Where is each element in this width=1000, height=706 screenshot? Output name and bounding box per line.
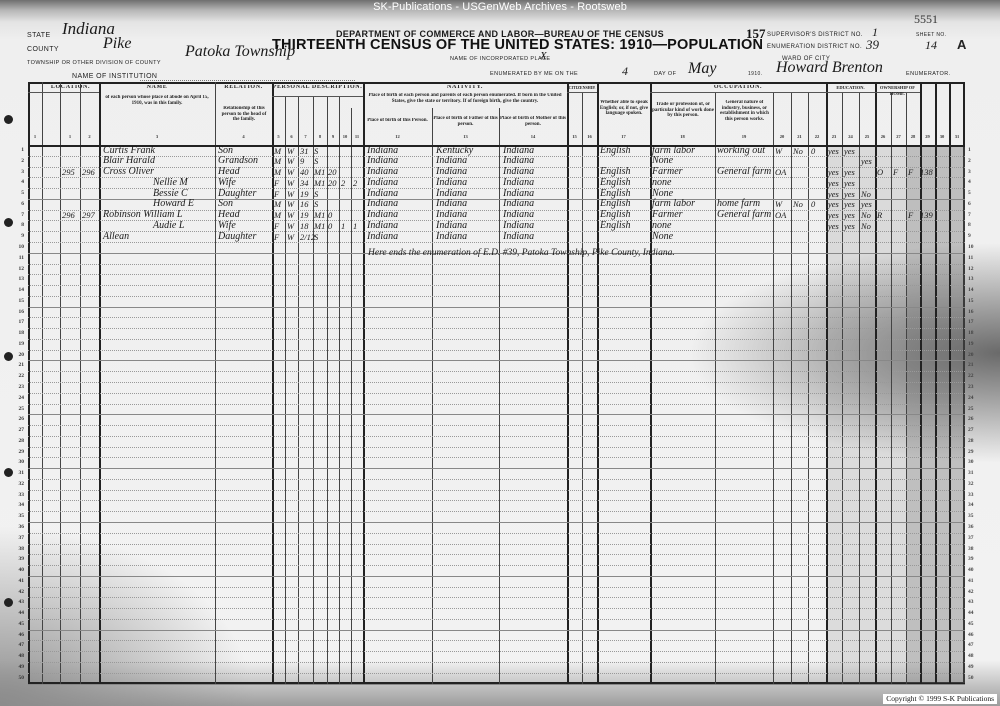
line-number-right: 40: [968, 567, 982, 573]
col-divider: [773, 92, 774, 684]
cell-relation: Head: [218, 210, 240, 220]
line-number-right: 12: [968, 266, 982, 272]
cell-language: English: [600, 146, 631, 156]
cell-industry: working out: [717, 146, 765, 156]
line-number: 49: [10, 664, 24, 670]
line-number: 25: [10, 406, 24, 412]
row-rule: [28, 350, 965, 351]
relation-description: Relationship of this person to the head …: [218, 106, 270, 123]
binder-hole: [4, 115, 13, 124]
row-rule: [28, 264, 965, 265]
line-number-right: 25: [968, 406, 982, 412]
cell-living: 2: [353, 178, 357, 188]
col-num: 10: [339, 134, 351, 139]
line-number-right: 43: [968, 599, 982, 605]
col-divider: [808, 92, 809, 684]
line-number: 16: [10, 309, 24, 315]
cell-relation: Daughter: [218, 232, 256, 242]
cell-relation: Grandson: [218, 156, 258, 166]
line-number: 40: [10, 567, 24, 573]
cell-birth-father: Indiana: [436, 210, 467, 220]
stamp-number: 5551: [914, 12, 938, 27]
col-divider: [859, 92, 860, 684]
line-number-right: 7: [968, 212, 982, 218]
line-number-right: 1: [968, 147, 982, 153]
nativity-person-heading: Place of birth of this Person.: [364, 118, 431, 124]
nativity-mother-heading: Place of birth of Mother of this person.: [500, 116, 566, 127]
col-num: 17: [597, 134, 650, 139]
cell-sex: F: [274, 232, 279, 242]
col-num: 8: [313, 134, 327, 139]
line-number: 44: [10, 610, 24, 616]
col-num: 28: [906, 134, 920, 139]
line-number-right: 16: [968, 309, 982, 315]
enumeration-value: 39: [866, 37, 879, 53]
row-rule: [28, 457, 965, 458]
cell-marital: S: [314, 146, 318, 156]
cell-trade: farm labor: [652, 146, 695, 156]
row-rule: [28, 231, 965, 232]
col-divider: [949, 82, 951, 684]
line-number: 48: [10, 653, 24, 659]
binder-hole: [4, 352, 13, 361]
cell-industry: home farm: [717, 199, 760, 209]
cell-trade: Farmer: [652, 210, 683, 220]
enumeration-label: ENUMERATION DISTRICT NO.: [767, 44, 862, 50]
row-rule: [28, 673, 965, 674]
cell-relation: Wife: [218, 178, 236, 188]
col-num: 1: [28, 134, 42, 139]
col-num: 7: [298, 134, 313, 139]
supervisor-label: SUPERVISOR'S DISTRICT NO.: [767, 32, 863, 38]
line-number-right: 3: [968, 169, 982, 175]
cell-years-married: 20: [328, 167, 337, 177]
row-rule: [28, 500, 965, 501]
cell-relation: Wife: [218, 221, 236, 231]
line-number: 19: [10, 341, 24, 347]
cell-birth-self: Indiana: [367, 210, 398, 220]
row-rule: [28, 382, 965, 383]
cell-race: W: [287, 167, 294, 177]
row-rule: [28, 393, 965, 394]
line-number-right: 18: [968, 330, 982, 336]
cell-marital: M1: [314, 167, 325, 177]
cell-weeks: 0: [811, 146, 815, 156]
line-number: 30: [10, 459, 24, 465]
nativity-heading: NATIVITY.: [363, 85, 567, 91]
header-rule: [272, 96, 363, 97]
col-divider: [215, 82, 216, 684]
cell-age: 31: [300, 146, 309, 156]
nativity-description: Place of birth of each person and parent…: [366, 93, 564, 104]
cell-sex: M: [274, 210, 281, 220]
col-num: 16: [582, 134, 597, 139]
cell-trade: Farmer: [652, 167, 683, 177]
cell-farm: F: [908, 210, 913, 220]
row-rule: [28, 274, 965, 275]
cell-birth-father: Kentucky: [436, 146, 473, 156]
col-num: 31: [949, 134, 965, 139]
line-number: 29: [10, 449, 24, 455]
line-number-right: 44: [968, 610, 982, 616]
enumerator-label: ENUMERATOR.: [906, 71, 951, 77]
row-rule: [28, 619, 965, 620]
cell-read: yes: [828, 210, 839, 220]
cell-language: English: [600, 199, 631, 209]
cell-name: Curtis Frank: [103, 146, 155, 156]
cell-sex: M: [274, 199, 281, 209]
cell-birth-self: Indiana: [367, 146, 398, 156]
cell-age: 40: [300, 167, 309, 177]
cell-employer: W: [775, 146, 782, 156]
language-heading: Whether able to speak English; or, if no…: [599, 100, 649, 117]
col-num: 5: [272, 134, 285, 139]
col-num: 24: [842, 134, 859, 139]
line-number: 9: [10, 233, 24, 239]
col-divider: [363, 82, 365, 684]
col-divider: [298, 96, 299, 684]
state-label: STATE: [27, 32, 51, 39]
cell-living: 1: [353, 221, 357, 231]
row-rule: [28, 587, 965, 588]
line-number-right: 15: [968, 298, 982, 304]
cell-relation: Daughter: [218, 189, 256, 199]
line-number-right: 41: [968, 578, 982, 584]
line-number: 28: [10, 438, 24, 444]
line-number-right: 9: [968, 233, 982, 239]
cell-free: F: [893, 167, 898, 177]
cell-industry: General farm: [717, 167, 771, 177]
row-rule: [28, 479, 965, 480]
cell-birth-father: Indiana: [436, 221, 467, 231]
cell-unemployed: No: [793, 146, 803, 156]
line-number: 26: [10, 416, 24, 422]
row-rule: [28, 522, 965, 523]
line-number: 24: [10, 395, 24, 401]
cell-school: No: [861, 221, 871, 231]
occupation-heading: OCCUPATION.: [650, 85, 826, 91]
col-num: 11: [351, 134, 363, 139]
cell-marital: M1: [314, 178, 325, 188]
cell-read: yes: [828, 167, 839, 177]
col-num: 20: [773, 134, 791, 139]
cell-birth-mother: Indiana: [503, 156, 534, 166]
cell-born: 1: [341, 221, 345, 231]
cell-age: 19: [300, 210, 309, 220]
row-rule: [28, 404, 965, 405]
cell-name: Howard E: [153, 199, 194, 209]
day-value: 4: [622, 64, 628, 79]
cell-marital: S: [314, 189, 318, 199]
col-num: 3: [99, 134, 215, 139]
line-number: 33: [10, 492, 24, 498]
row-rule: [28, 684, 965, 685]
line-number-right: 30: [968, 459, 982, 465]
col-divider: [935, 82, 937, 684]
cell-marital: M1: [314, 210, 325, 220]
row-rule: [28, 339, 965, 340]
line-number-right: 8: [968, 222, 982, 228]
cell-unemployed: No: [793, 199, 803, 209]
col-divider: [99, 82, 101, 684]
col-num: 12: [363, 134, 432, 139]
line-number-right: 34: [968, 502, 982, 508]
line-number-right: 28: [968, 438, 982, 444]
census-grid: [28, 82, 965, 684]
cell-race: W: [287, 178, 294, 188]
cell-birth-father: Indiana: [436, 199, 467, 209]
col-num: 9: [327, 134, 339, 139]
col-divider: [791, 92, 792, 684]
cell-family: 296: [82, 167, 95, 177]
cell-trade: None: [652, 189, 673, 199]
col-divider: [715, 92, 716, 684]
cell-birth-mother: Indiana: [503, 232, 534, 242]
cell-birth-mother: Indiana: [503, 146, 534, 156]
cell-years-married: 0: [328, 221, 332, 231]
row-rule: [28, 371, 965, 372]
cell-owned: O: [877, 167, 883, 177]
cell-employer: OA: [775, 210, 786, 220]
line-number: 12: [10, 266, 24, 272]
line-number: 17: [10, 319, 24, 325]
cell-read: yes: [828, 189, 839, 199]
cell-name: Cross Oliver: [103, 167, 154, 177]
row-rule: [28, 156, 965, 157]
line-number-right: 39: [968, 556, 982, 562]
cell-relation: Head: [218, 167, 240, 177]
cell-sex: M: [274, 146, 281, 156]
line-number: 45: [10, 621, 24, 627]
line-number: 42: [10, 589, 24, 595]
cell-write: yes: [844, 167, 855, 177]
cell-marital: S: [314, 199, 318, 209]
cell-write: yes: [844, 189, 855, 199]
row-rule: [28, 242, 965, 243]
trade-heading: Trade or profession of, or particular ki…: [652, 102, 714, 119]
cell-name: Audie L: [153, 221, 184, 231]
cell-school: yes: [861, 199, 872, 209]
line-number-right: 49: [968, 664, 982, 670]
cell-birth-self: Indiana: [367, 167, 398, 177]
line-number-right: 38: [968, 546, 982, 552]
cell-years-married: 0: [328, 210, 332, 220]
cell-family: 297: [82, 210, 95, 220]
cell-write: yes: [844, 146, 855, 156]
row-rule: [28, 554, 965, 555]
col-num: 27: [891, 134, 906, 139]
cell-trade: None: [652, 232, 673, 242]
cell-name: Nellie M: [153, 178, 188, 188]
ward-label: WARD OF CITY: [782, 56, 830, 62]
cell-race: W: [287, 146, 294, 156]
line-number: 50: [10, 675, 24, 681]
line-number-right: 32: [968, 481, 982, 487]
col-num: 1: [60, 134, 80, 139]
cell-employer: OA: [775, 167, 786, 177]
row-rule: [28, 317, 965, 318]
year-label: 1910.: [748, 71, 763, 77]
cell-school: yes: [861, 156, 872, 166]
binder-hole: [4, 598, 13, 607]
cell-birth-self: Indiana: [367, 221, 398, 231]
line-number-right: 50: [968, 675, 982, 681]
census-title: THIRTEENTH CENSUS OF THE UNITED STATES: …: [272, 37, 763, 53]
line-number-right: 45: [968, 621, 982, 627]
line-number-right: 23: [968, 384, 982, 390]
col-num: 19: [715, 134, 773, 139]
line-number: 14: [10, 287, 24, 293]
line-number: 47: [10, 642, 24, 648]
row-rule: [28, 597, 965, 598]
line-number-right: 13: [968, 276, 982, 282]
row-rule: [28, 640, 965, 641]
incorporated-place-label: NAME OF INCORPORATED PLACE: [450, 56, 550, 62]
cell-schedule: 138: [920, 167, 933, 177]
line-number-right: 35: [968, 513, 982, 519]
cell-race: W: [287, 232, 294, 242]
cell-age: 18: [300, 221, 309, 231]
col-divider: [891, 92, 892, 684]
cell-birth-mother: Indiana: [503, 167, 534, 177]
cell-name: Robinson William L: [103, 210, 182, 220]
cell-marital: S: [314, 156, 318, 166]
cell-birth-mother: Indiana: [503, 189, 534, 199]
county-value: Pike: [103, 35, 131, 53]
ownership-heading: OWNERSHIP OF HOME.: [875, 85, 920, 96]
line-number-right: 10: [968, 244, 982, 250]
col-num: 18: [650, 134, 715, 139]
cell-name: Allean: [103, 232, 129, 242]
row-rule: [28, 576, 965, 577]
month-value: May: [688, 60, 716, 78]
row-rule: [28, 490, 965, 491]
enumerated-label: ENUMERATED BY ME ON THE: [490, 71, 578, 77]
township-label: TOWNSHIP OR OTHER DIVISION OF COUNTY: [27, 60, 161, 66]
line-number: 22: [10, 373, 24, 379]
line-number-right: 6: [968, 201, 982, 207]
col-num: 22: [808, 134, 826, 139]
personal-heading: PERSONAL DESCRIPTION.: [272, 85, 363, 91]
cell-age: 9: [300, 156, 304, 166]
col-num: 2: [80, 134, 99, 139]
cell-write: yes: [844, 199, 855, 209]
cell-schedule: 139: [920, 210, 933, 220]
cell-age: 2/12: [300, 232, 315, 242]
row-rule: [28, 436, 965, 437]
line-number: 18: [10, 330, 24, 336]
cell-birth-mother: Indiana: [503, 178, 534, 188]
cell-name: Bessie C: [153, 189, 188, 199]
line-number: 46: [10, 632, 24, 638]
cell-owned: R: [877, 210, 882, 220]
location-heading: LOCATION.: [42, 85, 99, 91]
row-rule: [28, 630, 965, 631]
line-number-right: 26: [968, 416, 982, 422]
nativity-father-heading: Place of birth of Father of this person.: [433, 116, 498, 127]
line-number: 37: [10, 535, 24, 541]
line-number: 38: [10, 546, 24, 552]
col-num: 23: [826, 134, 842, 139]
cell-age: 19: [300, 189, 309, 199]
cell-language: English: [600, 189, 631, 199]
cell-read: yes: [828, 221, 839, 231]
cell-age: 34: [300, 178, 309, 188]
col-divider: [339, 96, 340, 684]
col-divider: [285, 96, 286, 684]
citizenship-heading: CITIZENSHIP.: [567, 85, 597, 91]
line-number-right: 19: [968, 341, 982, 347]
cell-birth-father: Indiana: [436, 167, 467, 177]
line-number-right: 24: [968, 395, 982, 401]
cell-school: No: [861, 189, 871, 199]
header-bottom-rule: [28, 145, 965, 147]
line-number: 27: [10, 427, 24, 433]
cell-sex: M: [274, 167, 281, 177]
col-divider: [567, 82, 569, 684]
cell-years-married: 20: [328, 178, 337, 188]
name-description: of each person whose place of abode on A…: [103, 95, 211, 106]
sheet-value: 14: [925, 38, 937, 53]
col-num: 15: [567, 134, 582, 139]
header-rule: [650, 92, 826, 93]
row-rule: [28, 651, 965, 652]
line-number-right: 36: [968, 524, 982, 530]
cell-birth-father: Indiana: [436, 232, 467, 242]
line-number: 1: [10, 147, 24, 153]
cell-birth-mother: Indiana: [503, 199, 534, 209]
line-number: 10: [10, 244, 24, 250]
cell-birth-mother: Indiana: [503, 210, 534, 220]
cell-birth-self: Indiana: [367, 199, 398, 209]
row-rule: [28, 360, 965, 361]
row-rule: [28, 425, 965, 426]
institution-label: NAME OF INSTITUTION: [72, 73, 157, 80]
line-number-right: 5: [968, 190, 982, 196]
cell-born: 2: [341, 178, 345, 188]
col-divider: [60, 82, 61, 684]
binder-hole: [4, 218, 13, 227]
line-number-right: 33: [968, 492, 982, 498]
col-divider: [906, 92, 907, 684]
line-number: 32: [10, 481, 24, 487]
cell-weeks: 0: [811, 199, 815, 209]
cell-industry: General farm: [717, 210, 771, 220]
line-number: 36: [10, 524, 24, 530]
col-num: 4: [215, 134, 272, 139]
line-number-right: 27: [968, 427, 982, 433]
sheet-side: A: [957, 37, 966, 52]
census-page: SK-Publications - USGenWeb Archives - Ro…: [0, 0, 1000, 706]
col-num: 13: [432, 134, 499, 139]
cell-birth-self: Indiana: [367, 178, 398, 188]
cell-race: W: [287, 189, 294, 199]
line-number: 34: [10, 502, 24, 508]
cell-write: yes: [844, 210, 855, 220]
cell-read: yes: [828, 178, 839, 188]
col-divider: [42, 82, 43, 684]
cell-marital: S: [314, 232, 318, 242]
line-number: 7: [10, 212, 24, 218]
line-number: 15: [10, 298, 24, 304]
col-divider: [582, 92, 583, 684]
row-rule: [28, 285, 965, 286]
cell-birth-self: Indiana: [367, 156, 398, 166]
cell-trade: none: [652, 178, 671, 188]
cell-race: W: [287, 156, 294, 166]
cell-birth-self: Indiana: [367, 232, 398, 242]
cell-dwelling: 296: [62, 210, 75, 220]
